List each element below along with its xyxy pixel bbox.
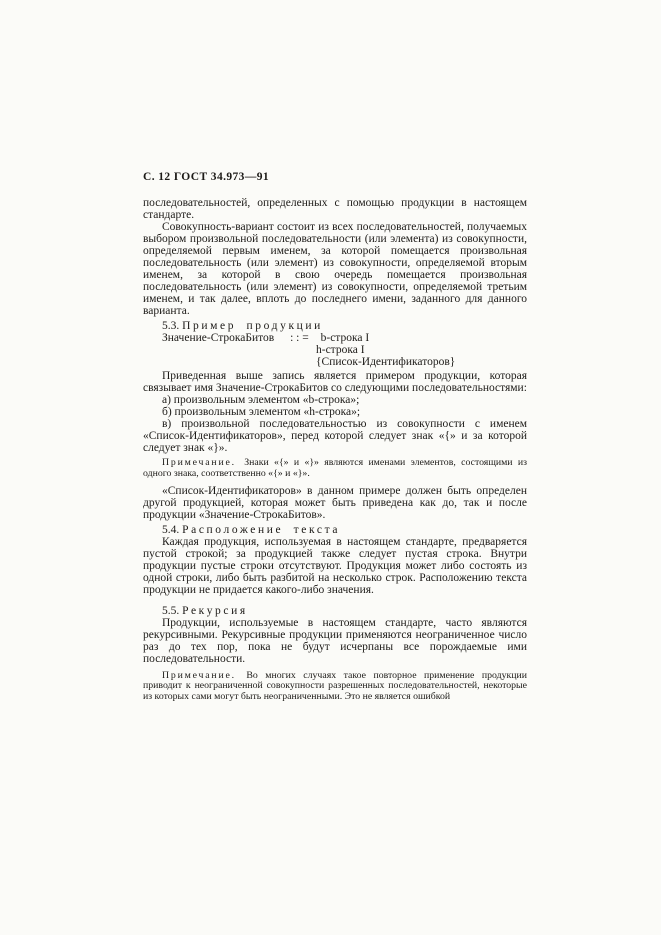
paragraph-example-explanation: Приведенная выше запись является примеро… xyxy=(143,370,527,394)
note-label: Примечание. xyxy=(162,670,236,681)
production-alternative-1: b-строка I xyxy=(321,332,370,344)
production-name: Значение-СтрокаБитов xyxy=(162,332,274,344)
list-item-b: б) произвольным элементом «h-строка»; xyxy=(143,406,527,418)
production-assign-symbol: : : = xyxy=(290,332,309,344)
production-line-1: Значение-СтрокаБитов : : = b-строка I xyxy=(162,332,527,344)
paragraph-identifier-list: «Список-Идентификаторов» в данном пример… xyxy=(143,485,527,521)
paragraph-variant-definition: Совокупность-вариант состоит из всех пос… xyxy=(143,221,527,317)
section-number: 5.3. xyxy=(162,320,179,332)
section-title: Пример продукции xyxy=(182,320,323,332)
production-alternative-3: {Список-Идентификаторов} xyxy=(316,356,527,368)
section-title: Рекурсия xyxy=(182,605,248,617)
section-heading-5-4: 5.4. Расположение текста xyxy=(143,524,527,536)
scanned-standard-page: { "page_header": "С. 12 ГОСТ 34.973—91",… xyxy=(0,0,661,935)
running-header: С. 12 ГОСТ 34.973—91 xyxy=(143,171,527,183)
page-content: С. 12 ГОСТ 34.973—91 последовательностей… xyxy=(143,171,527,703)
section-heading-5-5: 5.5. Рекурсия xyxy=(143,605,527,617)
section-number: 5.5. xyxy=(162,605,179,617)
production-alternative-2: h-строка I xyxy=(316,344,527,356)
list-item-v: в) произвольной последовательностью из с… xyxy=(143,418,527,454)
production-example: Значение-СтрокаБитов : : = b-строка I h-… xyxy=(143,332,527,368)
note-brackets: Примечание. Знаки «{» и «}» являются име… xyxy=(143,458,527,480)
section-title: Расположение текста xyxy=(182,524,340,536)
note-recursion: Примечание. Во многих случаях такое повт… xyxy=(143,671,527,703)
paragraph-text-layout: Каждая продукция, используемая в настоящ… xyxy=(143,536,527,596)
section-heading-5-3: 5.3. Пример продукции xyxy=(143,320,527,332)
paragraph-intro-continuation: последовательностей, определенных с помо… xyxy=(143,197,527,221)
note-label: Примечание. xyxy=(162,457,236,468)
list-item-a: а) произвольным элементом «b-строка»; xyxy=(143,394,527,406)
section-number: 5.4. xyxy=(162,524,179,536)
paragraph-recursion: Продукции, используемые в настоящем стан… xyxy=(143,617,527,665)
